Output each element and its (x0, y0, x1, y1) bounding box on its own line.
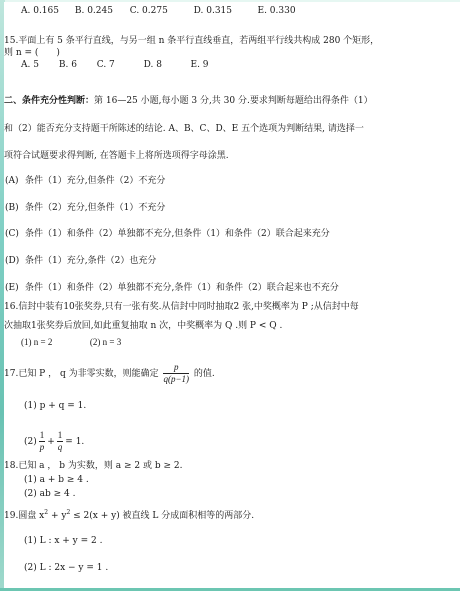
q17-condition-2: (2)1p+1q= 1. (24, 430, 84, 453)
q15-option-c: C. 7 (97, 59, 141, 71)
q18-stem: 18.已知 a ， b 为实数，则 a ≥ 2 或 b ≥ 2. (4, 460, 182, 472)
q19-stem-mid: + y (48, 511, 66, 521)
q15-option-e: E. 9 (191, 59, 209, 71)
section2-instructions: 第 16—25 小题,每小题 3 分,共 30 分.要求判断每题给出得条件（1） (94, 96, 373, 106)
numerator: 1 (39, 430, 46, 442)
denominator: p (39, 442, 46, 453)
q15-option-a: A. 5 (21, 59, 56, 71)
q14-option-c: C. 0.275 (130, 5, 191, 17)
choice-a-label: (A) (5, 175, 25, 187)
q18-condition-1: (1) a + b ≥ 4 . (24, 474, 89, 486)
q15-stem-line1: 15.平面上有 5 条平行直线，与另一组 n 条平行直线垂直，若两组平行线共构成… (4, 35, 379, 47)
choice-a-text: 条件（1）充分,但条件（2）不充分 (25, 176, 165, 186)
choice-e-text: 条件（1）和条件（2）单独都不充分,条件（1）和条件（2）联合起来也不充分 (25, 283, 339, 293)
q19-stem: 19.圆盘 x2 + y2 ≤ 2(x + y) 被直线 L 分成面积相等的两部… (4, 507, 254, 522)
q14-option-a: A. 0.165 (21, 5, 72, 17)
q17-fraction-numerator: p (163, 362, 189, 374)
choice-e: (E)条件（1）和条件（2）单独都不充分,条件（1）和条件（2）联合起来也不充分 (5, 282, 339, 294)
q19-condition-1: (1) L : x + y = 2 . (24, 535, 102, 547)
q18-condition-2: (2) ab ≥ 4 . (24, 488, 75, 500)
q16-condition-2: (2) n = 3 (90, 336, 121, 348)
q16-condition-1: (1) n = 2 (21, 336, 87, 348)
q15-option-d: D. 8 (144, 59, 188, 71)
q14-option-d: D. 0.315 (194, 5, 255, 17)
q17-fraction: p q(p−1) (163, 362, 189, 385)
q17-stem-pre: 17.已知 P ， q 为非零实数，则能确定 (4, 369, 159, 379)
q17-fraction-denominator: q(p−1) (163, 374, 189, 385)
q17-cond2-fraction-2: 1q (57, 430, 64, 453)
q19-stem-post: ≤ 2(x + y) 被直线 L 分成面积相等的两部分. (70, 511, 254, 521)
q17-stem-post: 的值. (194, 369, 215, 379)
q14-options: A. 0.165 B. 0.245 C. 0.275 D. 0.315 E. 0… (21, 5, 296, 17)
choice-a: (A)条件（1）充分,但条件（2）不充分 (5, 175, 165, 187)
section2-line3: 项符合试题要求得判断, 在答题卡上将所选项得字母涂黑. (4, 150, 229, 162)
section2-line2: 和（2）能否充分支持题干所陈述的结论. A、B、C、D、E 五个选项为判断结果,… (4, 123, 364, 135)
numerator: 1 (57, 430, 64, 442)
q16-stem-line2: 次抽取1张奖券后放回,如此重复抽取 n 次，中奖概率为 Q .则 P < Q . (4, 320, 282, 332)
choice-b-label: (B) (5, 202, 25, 214)
q19-condition-2: (2) L : 2x − y = 1 . (24, 562, 108, 574)
denominator: q (57, 442, 64, 453)
choice-b-text: 条件（2）充分,但条件（1）不充分 (25, 203, 165, 213)
choice-c-label: (C) (5, 228, 25, 240)
q16-conditions: (1) n = 2 (2) n = 3 (21, 336, 121, 349)
q16-stem-line1: 16.信封中装有10张奖券,只有一张有奖.从信封中同时抽取2 张,中奖概率为 P… (4, 301, 359, 313)
choice-d-text: 条件（1）充分,条件（2）也充分 (25, 256, 156, 266)
choice-e-label: (E) (5, 282, 25, 294)
q14-option-b: B. 0.245 (75, 5, 127, 17)
choice-c: (C)条件（1）和条件（2）单独都不充分,但条件（1）和条件（2）联合起来充分 (5, 228, 330, 240)
section2-heading: 二、条件充分性判断： (4, 96, 94, 106)
q15-option-b: B. 6 (59, 59, 94, 71)
section2-line1: 二、条件充分性判断：第 16—25 小题,每小题 3 分,共 30 分.要求判断… (4, 95, 373, 107)
q17-condition-1: (1) p + q = 1. (24, 400, 86, 412)
q17-stem: 17.已知 P ， q 为非零实数，则能确定 p q(p−1) 的值. (4, 362, 215, 385)
q14-option-e: E. 0.330 (258, 5, 296, 17)
choice-b: (B)条件（2）充分,但条件（1）不充分 (5, 202, 165, 214)
choice-d: (D)条件（1）充分,条件（2）也充分 (5, 255, 156, 267)
choice-c-text: 条件（1）和条件（2）单独都不充分,但条件（1）和条件（2）联合起来充分 (25, 229, 330, 239)
q17-cond2-fraction-1: 1p (39, 430, 46, 453)
q15-options: A. 5 B. 6 C. 7 D. 8 E. 9 (21, 59, 209, 71)
q17-cond2-tail: = 1. (65, 437, 84, 447)
q17-condition-2-label: (2) (24, 437, 37, 447)
document-page: A. 0.165 B. 0.245 C. 0.275 D. 0.315 E. 0… (4, 2, 460, 588)
plus-sign: + (47, 437, 55, 447)
q15-stem-line2: 则 n = ( ) (4, 47, 60, 59)
q19-stem-pre: 19.圆盘 x (4, 511, 44, 521)
choice-d-label: (D) (5, 255, 25, 267)
